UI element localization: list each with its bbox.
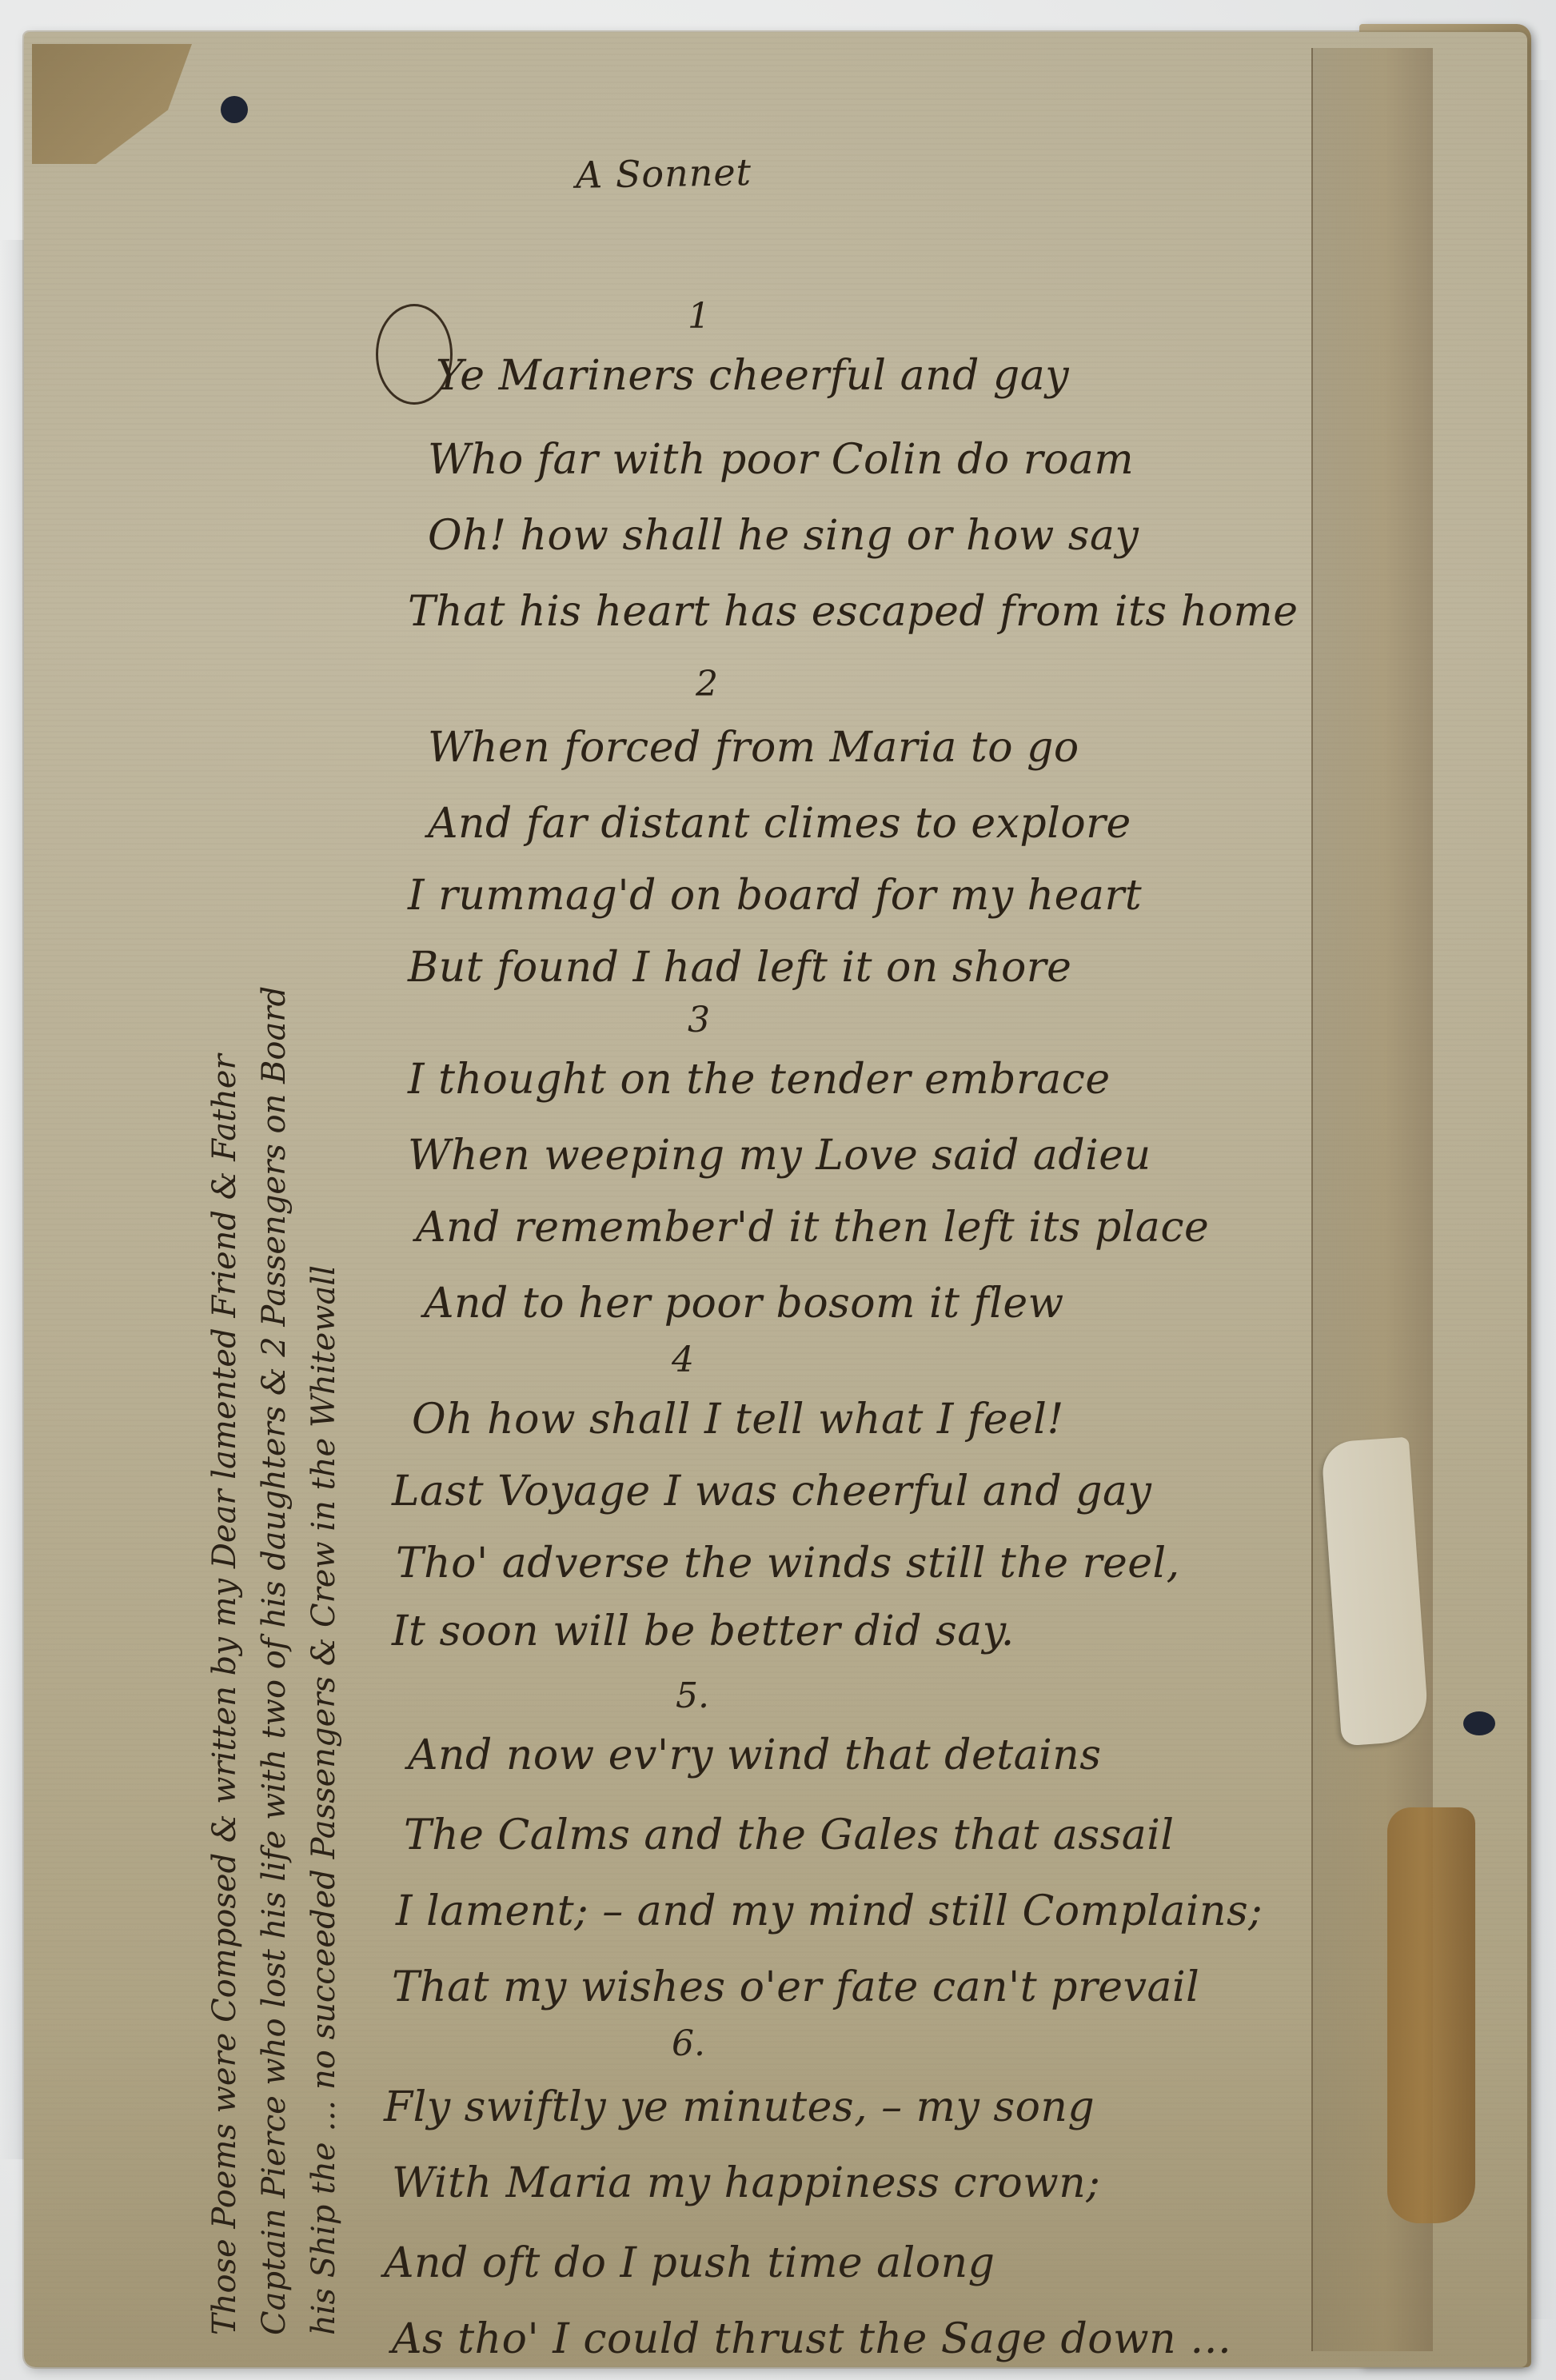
- verse-line: And now ev'ry wind that detains: [408, 1731, 1101, 1779]
- verse-line: And oft do I push time along: [384, 2239, 995, 2287]
- stanza-number: 2: [696, 664, 718, 705]
- stanza-number: 1: [688, 296, 710, 337]
- verse-line: The Calms and the Gales that assail: [404, 1811, 1175, 1859]
- verse-line: And to her poor bosom it flew: [424, 1280, 1064, 1328]
- verse-line: Tho' adverse the winds still the reel,: [396, 1539, 1180, 1587]
- verse-line: That his heart has escaped from its home: [408, 588, 1299, 636]
- verse-line: And remember'd it then left its place: [416, 1204, 1209, 1252]
- verse-line: I lament; – and my mind still Complains;: [396, 1887, 1263, 1935]
- verse-line: Ye Mariners cheerful and gay: [436, 352, 1069, 400]
- verse-line: And far distant climes to explore: [428, 800, 1131, 848]
- stanza-number: 3: [688, 1000, 710, 1040]
- verse-line: Oh how shall I tell what I feel!: [412, 1396, 1064, 1444]
- margin-annotation-line: Those Poems were Composed & written by m…: [200, 48, 249, 2335]
- verse-line: Who far with poor Colin do roam: [428, 436, 1134, 484]
- verse-line: With Maria my happiness crown;: [392, 2159, 1100, 2207]
- verse-line: I thought on the tender embrace: [408, 1056, 1111, 1104]
- page-title: A Sonnet: [576, 150, 752, 197]
- verse-line: But found I had left it on shore: [408, 944, 1071, 992]
- pin-hole-icon: [1463, 1711, 1495, 1735]
- stanza-number: 4: [672, 1340, 694, 1380]
- stanza-number: 6.: [672, 2023, 705, 2064]
- verse-line: Fly swiftly ye minutes, – my song: [384, 2083, 1095, 2131]
- verse-line: Last Voyage I was cheerful and gay: [392, 1468, 1151, 1515]
- stanza-number: 5.: [676, 1675, 709, 1716]
- margin-annotation: Those Poems were Composed & written by m…: [200, 48, 349, 2335]
- water-stain: [1387, 1807, 1475, 2223]
- verse-line: Oh! how shall he sing or how say: [428, 512, 1139, 560]
- margin-annotation-line: his Ship the … no succeeded Passengers &…: [299, 48, 349, 2335]
- margin-annotation-line: Captain Pierce who lost his life with tw…: [249, 48, 299, 2335]
- verse-line: When weeping my Love said adieu: [408, 1132, 1151, 1180]
- verse-line: When forced from Maria to go: [428, 724, 1079, 772]
- verse-line: It soon will be better did say.: [392, 1607, 1015, 1655]
- verse-line: That my wishes o'er fate can't prevail: [392, 1963, 1199, 2011]
- verse-line: I rummag'd on board for my heart: [408, 872, 1142, 920]
- verse-line: As tho' I could thrust the Sage down …: [392, 2315, 1232, 2363]
